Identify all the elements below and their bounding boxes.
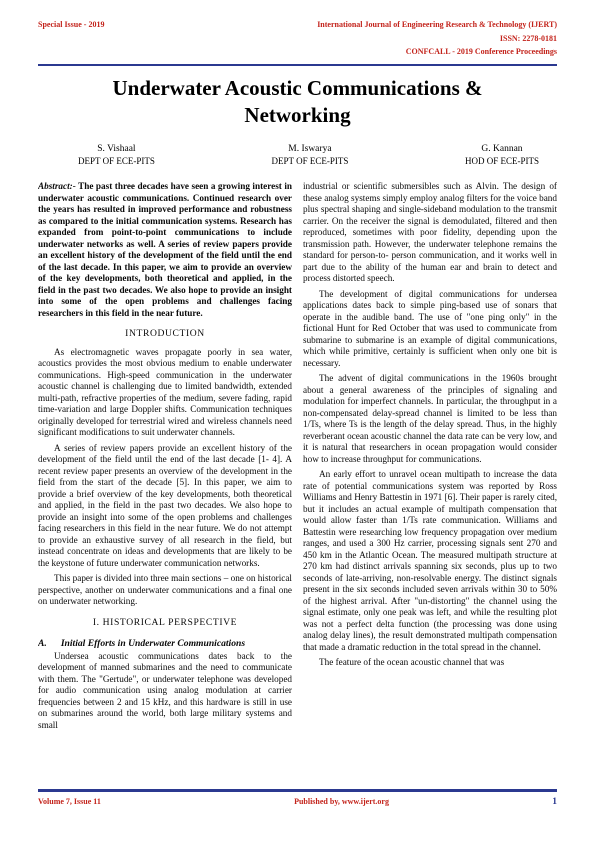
body-columns: Abstract:- The past three decades have s… [38,181,557,791]
author-name: S. Vishaal [78,143,155,155]
header-divider-rule [38,64,557,67]
page-footer: Volume 7, Issue 11 Published by, www.ije… [38,784,557,807]
author-name: G. Kannan [465,143,539,155]
paragraph: This paper is divided into three main se… [38,573,292,608]
footer-divider-rule [38,789,557,792]
right-column: industrial or scientific submersibles su… [303,181,557,791]
paragraph: The development of digital communication… [303,289,557,370]
subsection-label: A. [38,638,47,650]
paper-title: Underwater Acoustic Communications & Net… [63,75,533,129]
footer-page-number: 1 [552,797,557,807]
footer-row: Volume 7, Issue 11 Published by, www.ije… [38,797,557,807]
abstract-paragraph: Abstract:- The past three decades have s… [38,181,292,319]
author-name: M. Iswarya [271,143,348,155]
paragraph: Undersea acoustic communications dates b… [38,651,292,732]
abstract-text: The past three decades have seen a growi… [38,181,292,318]
page-header: Special Issue - 2019 International Journ… [38,18,557,59]
header-journal-name: International Journal of Engineering Res… [317,18,557,32]
section-heading-introduction: INTRODUCTION [38,328,292,340]
abstract-label: Abstract:- [38,181,76,191]
footer-published-link[interactable]: Published by, www.ijert.org [294,797,389,806]
author-affiliation: DEPT OF ECE-PITS [78,155,155,167]
paragraph: The advent of digital communications in … [303,373,557,465]
author-block: S. Vishaal DEPT OF ECE-PITS M. Iswarya D… [78,143,539,167]
section-heading-historical-perspective: I. HISTORICAL PERSPECTIVE [38,617,292,629]
footer-volume: Volume 7, Issue 11 [38,797,101,806]
paragraph: industrial or scientific submersibles su… [303,181,557,285]
paragraph: As electromagnetic waves propagate poorl… [38,347,292,439]
header-confcall: CONFCALL - 2019 Conference Proceedings [317,45,557,59]
author-affiliation: DEPT OF ECE-PITS [271,155,348,167]
header-special-issue: Special Issue - 2019 [38,18,104,29]
author-3: G. Kannan HOD OF ECE-PITS [465,143,539,167]
subsection-heading-initial-efforts: A. Initial Efforts in Underwater Communi… [38,638,292,650]
left-column: Abstract:- The past three decades have s… [38,181,292,791]
header-issn: ISSN: 2278-0181 [317,32,557,46]
paragraph: A series of review papers provide an exc… [38,443,292,570]
paper-page: Special Issue - 2019 International Journ… [0,0,595,842]
paragraph: An early effort to unravel ocean multipa… [303,469,557,653]
paragraph: The feature of the ocean acoustic channe… [303,657,557,669]
author-1: S. Vishaal DEPT OF ECE-PITS [78,143,155,167]
author-affiliation: HOD OF ECE-PITS [465,155,539,167]
subsection-title: Initial Efforts in Underwater Communicat… [61,638,245,650]
header-journal-block: International Journal of Engineering Res… [317,18,557,59]
author-2: M. Iswarya DEPT OF ECE-PITS [271,143,348,167]
